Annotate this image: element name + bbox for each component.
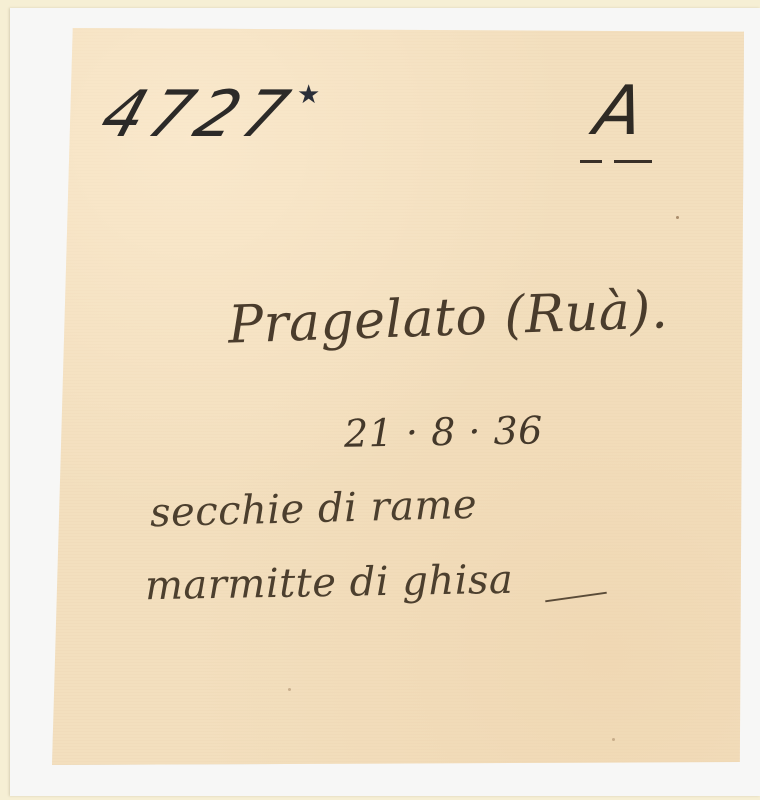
paper-speck (676, 216, 679, 219)
description-line-2: marmitte di ghisa (145, 557, 514, 609)
underline-gap (602, 159, 614, 165)
star-mark-icon: ★ (297, 80, 320, 110)
paper-speck (612, 738, 615, 741)
paper-speck (288, 688, 291, 691)
catalog-number: 4727 (92, 78, 303, 152)
description-line-1: secchie di rame (149, 482, 477, 537)
date-text: 21 · 8 · 36 (344, 408, 544, 455)
category-underline (580, 160, 652, 163)
